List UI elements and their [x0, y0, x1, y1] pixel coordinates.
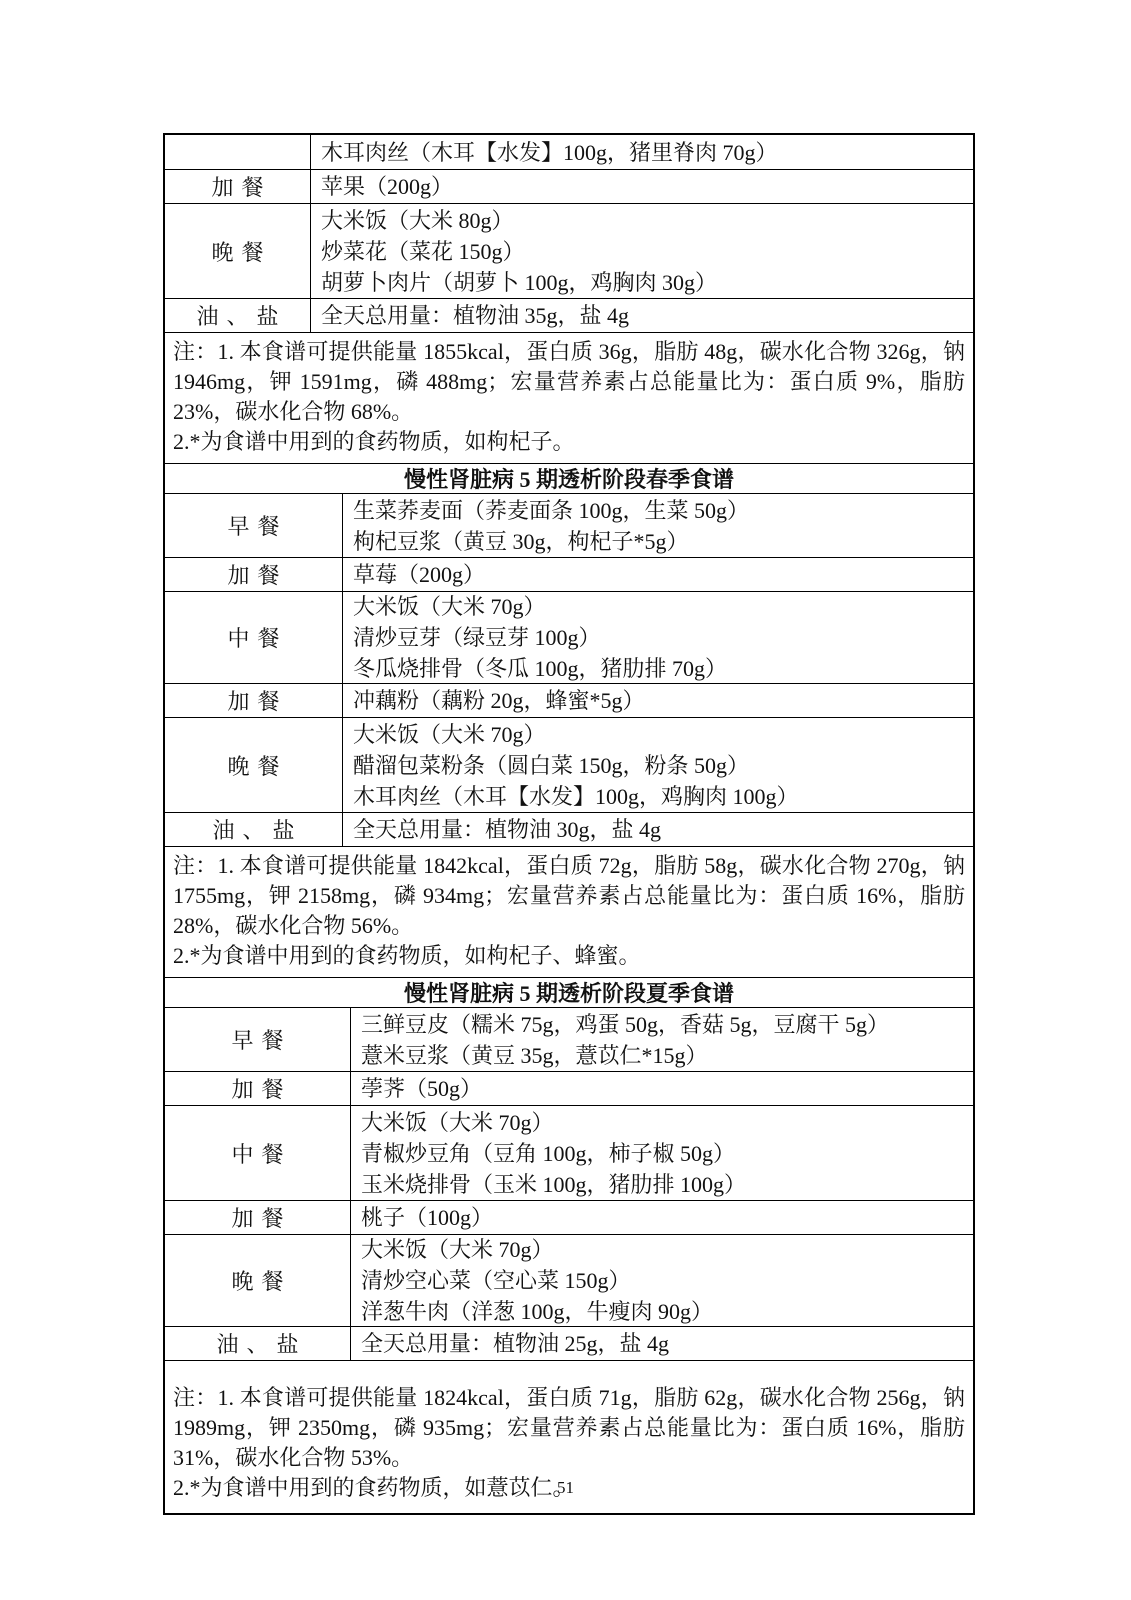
- meal-content-cell: 生菜荞麦面（荞麦面条 100g，生菜 50g） 枸杞豆浆（黄豆 30g，枸杞子*…: [343, 494, 973, 557]
- meal-label-cell: 早餐: [165, 494, 343, 557]
- diet-tables-container: 木耳肉丝（木耳【水发】100g，猪里脊肉 70g） 加餐 苹果（200g） 晚餐…: [163, 133, 975, 1515]
- dish-line: 大米饭（大米 70g）: [353, 719, 973, 750]
- dish-line: 桃子（100g）: [361, 1202, 973, 1233]
- meal-label-cell: 油、盐: [165, 1327, 351, 1360]
- dish-line: 枸杞豆浆（黄豆 30g，枸杞子*5g）: [353, 526, 973, 557]
- table-row: 加餐 桃子（100g）: [165, 1201, 973, 1235]
- meal-content-cell: 桃子（100g）: [351, 1201, 973, 1234]
- meal-label-cell: 中餐: [165, 1106, 351, 1200]
- dish-line: 醋溜包菜粉条（圆白菜 150g，粉条 50g）: [353, 750, 973, 781]
- table-row: 加餐 苹果（200g）: [165, 170, 973, 204]
- meal-label-cell: 加餐: [165, 1072, 351, 1105]
- dish-line: 洋葱牛肉（洋葱 100g，牛瘦肉 90g）: [361, 1296, 973, 1326]
- meal-label-cell: 加餐: [165, 1201, 351, 1234]
- dish-line: 全天总用量：植物油 35g，盐 4g: [321, 300, 973, 331]
- dish-line: 大米饭（大米 70g）: [361, 1107, 973, 1138]
- meal-content-cell: 大米饭（大米 80g） 炒菜花（菜花 150g） 胡萝卜肉片（胡萝卜 100g，…: [311, 204, 973, 298]
- table-row: 中餐 大米饭（大米 70g） 清炒豆芽（绿豆芽 100g） 冬瓜烧排骨（冬瓜 1…: [165, 592, 973, 684]
- dish-line: 大米饭（大米 70g）: [361, 1235, 973, 1265]
- table-row: 加餐 冲藕粉（藕粉 20g，蜂蜜*5g）: [165, 684, 973, 718]
- table-row: 油、盐 全天总用量：植物油 35g，盐 4g: [165, 299, 973, 333]
- season-title-spring: 慢性肾脏病 5 期透析阶段春季食谱: [165, 464, 973, 494]
- dish-line: 薏米豆浆（黄豆 35g，薏苡仁*15g）: [361, 1040, 973, 1071]
- meal-label-cell: 加餐: [165, 684, 343, 717]
- note-paragraph: 2.*为食谱中用到的食药物质，如枸杞子、蜂蜜。: [173, 941, 965, 971]
- meal-content-cell: 大米饭（大米 70g） 清炒豆芽（绿豆芽 100g） 冬瓜烧排骨（冬瓜 100g…: [343, 592, 973, 683]
- meal-label-cell: [165, 135, 311, 169]
- dish-line: 草莓（200g）: [353, 559, 973, 590]
- meal-label-cell: 油、盐: [165, 813, 343, 846]
- table-row: 油、盐 全天总用量：植物油 30g，盐 4g: [165, 813, 973, 847]
- table-row: 加餐 荸荠（50g）: [165, 1072, 973, 1106]
- meal-content-cell: 全天总用量：植物油 35g，盐 4g: [311, 299, 973, 332]
- meal-content-cell: 荸荠（50g）: [351, 1072, 973, 1105]
- dish-line: 木耳肉丝（木耳【水发】100g，鸡胸肉 100g）: [353, 781, 973, 812]
- meal-content-cell: 苹果（200g）: [311, 170, 973, 203]
- dish-line: 冬瓜烧排骨（冬瓜 100g，猪肋排 70g）: [353, 653, 973, 683]
- season-title-summer: 慢性肾脏病 5 期透析阶段夏季食谱: [165, 978, 973, 1008]
- dish-line: 木耳肉丝（木耳【水发】100g，猪里脊肉 70g）: [321, 137, 973, 168]
- meal-label-cell: 晚餐: [165, 1235, 351, 1326]
- meal-content-cell: 三鲜豆皮（糯米 75g，鸡蛋 50g，香菇 5g，豆腐干 5g） 薏米豆浆（黄豆…: [351, 1008, 973, 1071]
- table-row: 晚餐 大米饭（大米 70g） 醋溜包菜粉条（圆白菜 150g，粉条 50g） 木…: [165, 718, 973, 813]
- dish-line: 青椒炒豆角（豆角 100g，柿子椒 50g）: [361, 1138, 973, 1169]
- dish-line: 全天总用量：植物油 25g，盐 4g: [361, 1328, 973, 1359]
- meal-content-cell: 木耳肉丝（木耳【水发】100g，猪里脊肉 70g）: [311, 135, 973, 169]
- dish-line: 大米饭（大米 70g）: [353, 592, 973, 622]
- table-row: 早餐 三鲜豆皮（糯米 75g，鸡蛋 50g，香菇 5g，豆腐干 5g） 薏米豆浆…: [165, 1008, 973, 1072]
- meal-content-cell: 全天总用量：植物油 30g，盐 4g: [343, 813, 973, 846]
- dish-line: 全天总用量：植物油 30g，盐 4g: [353, 814, 973, 845]
- dish-line: 清炒豆芽（绿豆芽 100g）: [353, 622, 973, 653]
- dish-line: 炒菜花（菜花 150g）: [321, 236, 973, 267]
- document-page: { "page": { "number": "51" }, "tables": …: [0, 0, 1131, 1600]
- note-paragraph: 注：1. 本食谱可提供能量 1842kcal，蛋白质 72g，脂肪 58g，碳水…: [173, 851, 965, 941]
- meal-label-cell: 加餐: [165, 558, 343, 591]
- dish-line: 荸荠（50g）: [361, 1073, 973, 1104]
- table-row: 早餐 生菜荞麦面（荞麦面条 100g，生菜 50g） 枸杞豆浆（黄豆 30g，枸…: [165, 494, 973, 558]
- meal-label-cell: 中餐: [165, 592, 343, 683]
- dish-line: 三鲜豆皮（糯米 75g，鸡蛋 50g，香菇 5g，豆腐干 5g）: [361, 1009, 973, 1040]
- note-paragraph: 注：1. 本食谱可提供能量 1855kcal，蛋白质 36g，脂肪 48g，碳水…: [173, 337, 965, 427]
- table-row: 中餐 大米饭（大米 70g） 青椒炒豆角（豆角 100g，柿子椒 50g） 玉米…: [165, 1106, 973, 1201]
- meal-label-cell: 油、盐: [165, 299, 311, 332]
- meal-content-cell: 草莓（200g）: [343, 558, 973, 591]
- table-row: 油、盐 全天总用量：植物油 25g，盐 4g: [165, 1327, 973, 1361]
- dish-line: 玉米烧排骨（玉米 100g，猪肋排 100g）: [361, 1169, 973, 1200]
- dish-line: 大米饭（大米 80g）: [321, 205, 973, 236]
- dish-line: 胡萝卜肉片（胡萝卜 100g，鸡胸肉 30g）: [321, 267, 973, 298]
- dish-line: 苹果（200g）: [321, 171, 973, 202]
- meal-label-cell: 早餐: [165, 1008, 351, 1071]
- page-number: 51: [0, 1478, 1131, 1498]
- dish-line: 生菜荞麦面（荞麦面条 100g，生菜 50g）: [353, 495, 973, 526]
- meal-label-cell: 晚餐: [165, 718, 343, 812]
- meal-content-cell: 大米饭（大米 70g） 清炒空心菜（空心菜 150g） 洋葱牛肉（洋葱 100g…: [351, 1235, 973, 1326]
- meal-content-cell: 大米饭（大米 70g） 青椒炒豆角（豆角 100g，柿子椒 50g） 玉米烧排骨…: [351, 1106, 973, 1200]
- meal-label-cell: 晚餐: [165, 204, 311, 298]
- notes-cell: 注：1. 本食谱可提供能量 1842kcal，蛋白质 72g，脂肪 58g，碳水…: [165, 847, 973, 978]
- table-row: 加餐 草莓（200g）: [165, 558, 973, 592]
- meal-content-cell: 大米饭（大米 70g） 醋溜包菜粉条（圆白菜 150g，粉条 50g） 木耳肉丝…: [343, 718, 973, 812]
- dish-line: 清炒空心菜（空心菜 150g）: [361, 1265, 973, 1296]
- note-paragraph: 注：1. 本食谱可提供能量 1824kcal，蛋白质 71g，脂肪 62g，碳水…: [173, 1383, 965, 1473]
- dish-line: 冲藕粉（藕粉 20g，蜂蜜*5g）: [353, 685, 973, 716]
- table-row: 晚餐 大米饭（大米 80g） 炒菜花（菜花 150g） 胡萝卜肉片（胡萝卜 10…: [165, 204, 973, 299]
- notes-cell: 注：1. 本食谱可提供能量 1855kcal，蛋白质 36g，脂肪 48g，碳水…: [165, 333, 973, 464]
- table-row: 木耳肉丝（木耳【水发】100g，猪里脊肉 70g）: [165, 135, 973, 170]
- meal-content-cell: 冲藕粉（藕粉 20g，蜂蜜*5g）: [343, 684, 973, 717]
- table-row: 晚餐 大米饭（大米 70g） 清炒空心菜（空心菜 150g） 洋葱牛肉（洋葱 1…: [165, 1235, 973, 1327]
- meal-label-cell: 加餐: [165, 170, 311, 203]
- meal-content-cell: 全天总用量：植物油 25g，盐 4g: [351, 1327, 973, 1360]
- note-paragraph: 2.*为食谱中用到的食药物质，如枸杞子。: [173, 427, 965, 457]
